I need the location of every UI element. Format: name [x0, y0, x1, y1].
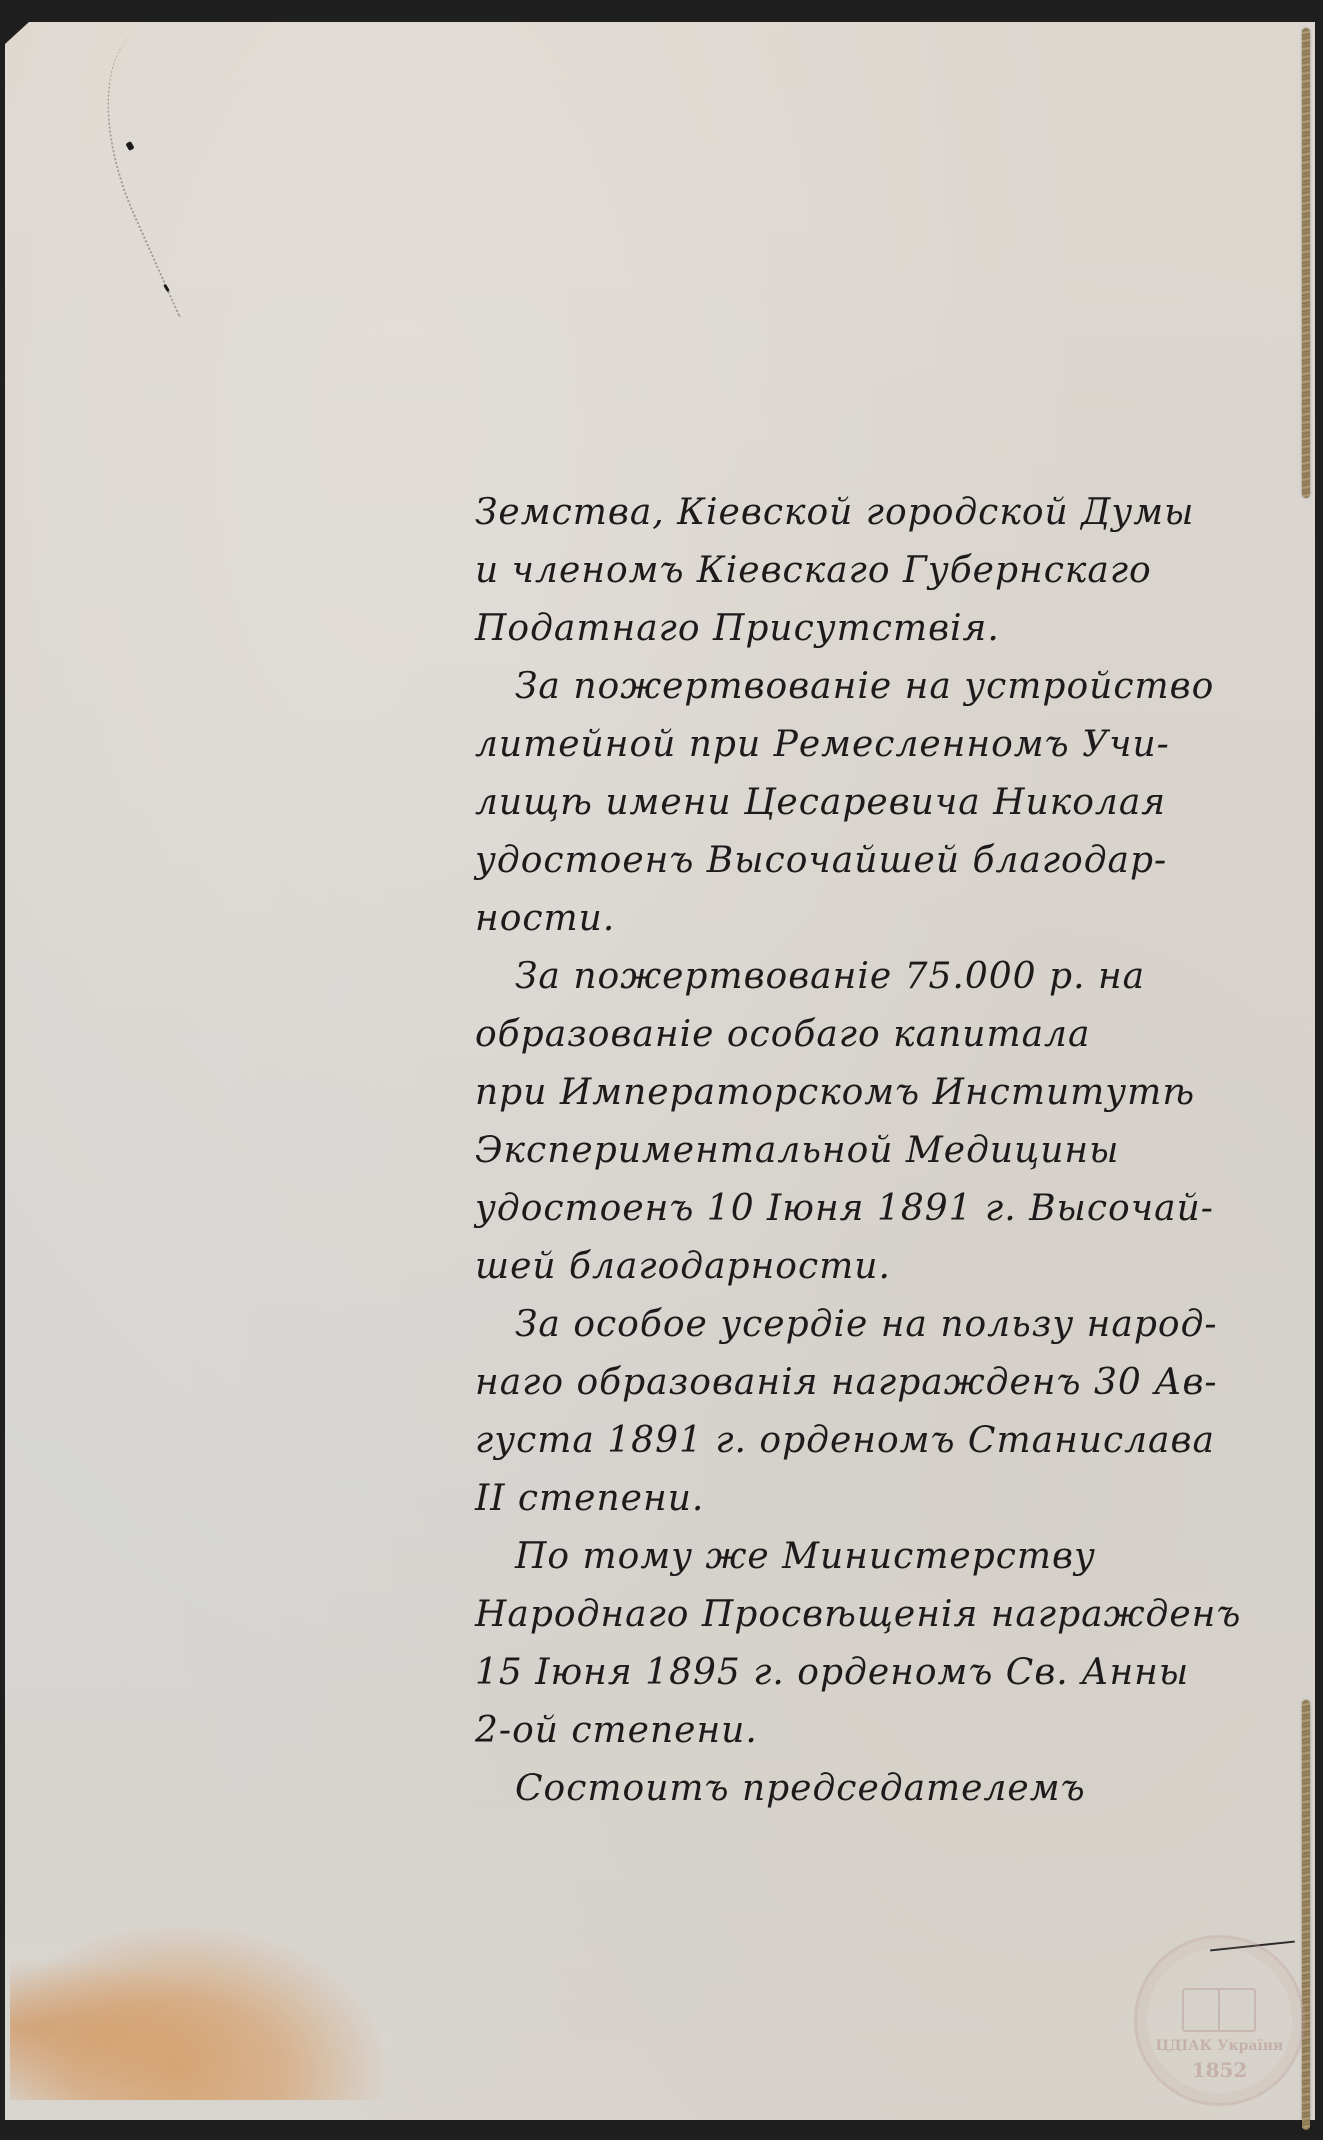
book-icon: [1182, 1988, 1256, 2032]
text-line: II степени.: [475, 1470, 1295, 1528]
text-line: 2-ой степени.: [475, 1702, 1295, 1760]
text-line: при Императорскомъ Институтѣ: [475, 1064, 1295, 1122]
text-line: Податнаго Присутствія.: [475, 600, 1295, 658]
text-line: За пожертвованіе на устройство: [475, 658, 1295, 716]
text-line: и членомъ Кіевскаго Губернскаго: [475, 542, 1295, 600]
text-line: Состоитъ председателемъ: [475, 1760, 1295, 1818]
ink-speck: [163, 284, 170, 292]
stamp-year: 1852: [1137, 2058, 1302, 2082]
text-line: литейной при Ремесленномъ Учи-: [475, 716, 1295, 774]
stamp-name: ЦДІАК України: [1137, 2038, 1302, 2054]
text-line: По тому же Министерству: [475, 1528, 1295, 1586]
pencil-mark: [65, 4, 309, 318]
text-line: 15 Іюня 1895 г. орденомъ Св. Анны: [475, 1644, 1295, 1702]
ink-speck: [125, 141, 134, 151]
text-line: За особое усердіе на пользу народ-: [475, 1296, 1295, 1354]
text-line: густа 1891 г. орденомъ Станислава: [475, 1412, 1295, 1470]
text-line: Земства, Кіевской городской Думы: [475, 484, 1295, 542]
archive-stamp: ЦДІАК України 1852: [1134, 1935, 1305, 2106]
text-line: образованіе особаго капитала: [475, 1006, 1295, 1064]
text-line: Экспериментальной Медицины: [475, 1122, 1295, 1180]
text-line: ности.: [475, 890, 1295, 948]
binding-thread: [1302, 28, 1310, 498]
binding-thread: [1302, 1700, 1310, 2130]
handwritten-text: Земства, Кіевской городской Думы и члено…: [475, 484, 1295, 1818]
text-line: удостоенъ 10 Іюня 1891 г. Высочай-: [475, 1180, 1295, 1238]
text-line: удостоенъ Высочайшей благодар-: [475, 832, 1295, 890]
text-line: лищѣ имени Цесаревича Николая: [475, 774, 1295, 832]
text-line: Народнаго Просвѣщенія награжденъ: [475, 1586, 1295, 1644]
text-line: За пожертвованіе 75.000 р. на: [475, 948, 1295, 1006]
document-page: Земства, Кіевской городской Думы и члено…: [5, 22, 1315, 2120]
text-line: наго образованія награжденъ 30 Ав-: [475, 1354, 1295, 1412]
text-line: шей благодарности.: [475, 1238, 1295, 1296]
water-stain: [10, 1920, 390, 2100]
